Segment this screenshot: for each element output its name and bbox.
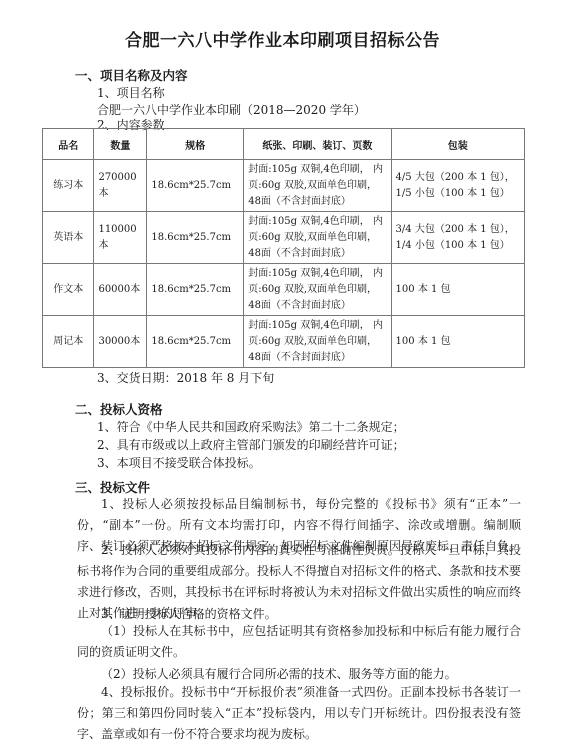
cell-paper: 封面:105g 双铜,4色印刷， 内页:60g 双胶,双面单色印刷，48面（不含…: [244, 212, 391, 264]
cell-qty: 30000本: [94, 316, 147, 368]
cell-pack: 4/5 大包（200 本 1 包），1/5 小包（100 本 1 包）: [391, 160, 524, 212]
cell-spec: 18.6cm*25.7cm: [147, 316, 244, 368]
qualification-item: 2、具有市级或以上政府主管部门颁发的印刷经营许可证；: [97, 436, 405, 453]
cell-paper: 封面:105g 双铜,4色印刷， 内页:60g 双胶,双面单色印刷，48面（不含…: [244, 316, 391, 368]
cell-spec: 18.6cm*25.7cm: [147, 212, 244, 264]
header-pack: 包装: [391, 129, 524, 160]
section-1-heading: 一、项目名称及内容: [75, 66, 188, 84]
cell-pack: 100 本 1 包: [391, 264, 524, 316]
cell-pack: 100 本 1 包: [391, 316, 524, 368]
qualification-item: 1、符合《中华人民共和国政府采购法》第二十二条规定；: [97, 418, 405, 435]
qualification-item: 3、本项目不接受联合体投标。: [97, 454, 261, 471]
document-page: 合肥一六八中学作业本印刷项目招标公告 一、项目名称及内容 1、项目名称 合肥一六…: [0, 0, 565, 745]
cell-spec: 18.6cm*25.7cm: [147, 264, 244, 316]
header-name: 品名: [43, 129, 94, 160]
table-header-row: 品名 数量 规格 纸张、印刷、装订、页数 包装: [43, 129, 525, 160]
cell-name: 作文本: [43, 264, 94, 316]
bid-doc-paragraph: 4、投标报价。投标书中“开标报价表”须准备一式四份。正副本投标书各装订一份；第三…: [77, 682, 521, 745]
cell-qty: 110000本: [94, 212, 147, 264]
table-row: 周记本 30000本 18.6cm*25.7cm 封面:105g 双铜,4色印刷…: [43, 316, 525, 368]
bid-doc-paragraph: （1）投标人在其标书中，应包括证明其有资格参加投标和中标后有能力履行合同的资质证…: [77, 621, 521, 663]
table-row: 英语本 110000本 18.6cm*25.7cm 封面:105g 双铜,4色印…: [43, 212, 525, 264]
document-title: 合肥一六八中学作业本印刷项目招标公告: [0, 26, 565, 51]
table-row: 练习本 270000本 18.6cm*25.7cm 封面:105g 双铜,4色印…: [43, 160, 525, 212]
header-qty: 数量: [94, 129, 147, 160]
cell-name: 周记本: [43, 316, 94, 368]
header-spec: 规格: [147, 129, 244, 160]
cell-paper: 封面:105g 双铜,4色印刷， 内页:60g 双胶,双面单色印刷，48面（不含…: [244, 264, 391, 316]
cell-qty: 60000本: [94, 264, 147, 316]
project-name-label: 1、项目名称: [97, 84, 165, 101]
cell-qty: 270000本: [94, 160, 147, 212]
cell-pack: 3/4 大包（200 本 1 包），1/4 小包（100 本 1 包）: [391, 212, 524, 264]
params-table: 品名 数量 规格 纸张、印刷、装订、页数 包装 练习本 270000本 18.6…: [42, 128, 525, 368]
delivery-date: 3、交货日期：2018 年 8 月下旬: [97, 369, 274, 386]
header-paper: 纸张、印刷、装订、页数: [244, 129, 391, 160]
cell-name: 英语本: [43, 212, 94, 264]
cell-spec: 18.6cm*25.7cm: [147, 160, 244, 212]
table-row: 作文本 60000本 18.6cm*25.7cm 封面:105g 双铜,4色印刷…: [43, 264, 525, 316]
cell-paper: 封面:105g 双铜,4色印刷， 内页:60g 双胶,双面单色印刷，48面（不含…: [244, 160, 391, 212]
cell-name: 练习本: [43, 160, 94, 212]
section-2-heading: 二、投标人资格: [75, 400, 163, 418]
